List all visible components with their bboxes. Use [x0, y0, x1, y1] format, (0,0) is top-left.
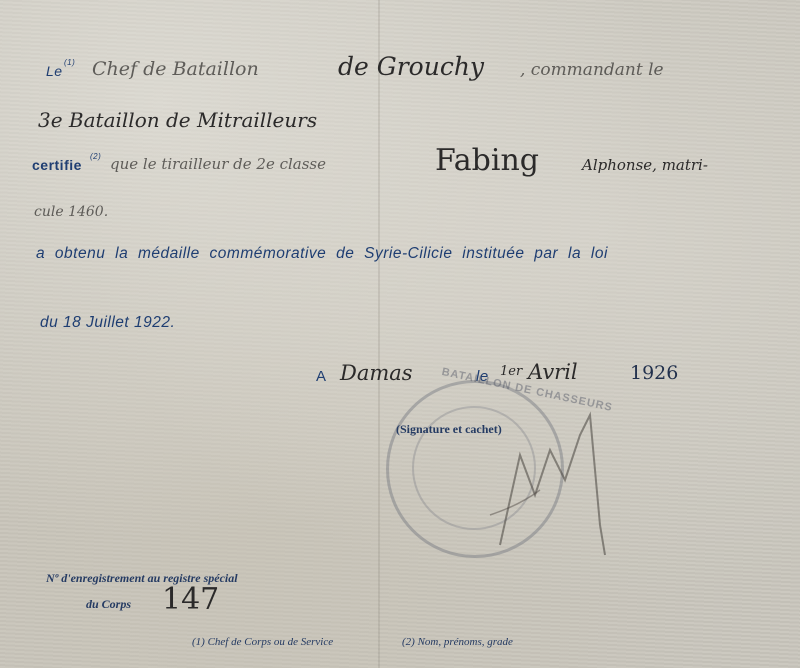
handwritten-registration-number: 147 [162, 582, 219, 617]
paper-fold [378, 0, 380, 668]
printed-le: Le [46, 63, 63, 79]
handwritten-rank: Chef de Bataillon [92, 58, 259, 80]
footnote-marker-2: (2) [90, 152, 101, 161]
footnote-marker-1: (1) [64, 58, 75, 67]
printed-certifie: certifie [32, 157, 82, 173]
handwritten-commandant: , commandant le [520, 60, 664, 80]
signature-scribble [480, 395, 630, 565]
handwritten-surname: Fabing [435, 143, 539, 178]
printed-medal-text: a obtenu la médaille commémorative de Sy… [36, 245, 608, 263]
printed-law-date: du 18 Juillet 1922. [40, 314, 175, 332]
handwritten-day: 1er [500, 364, 522, 379]
footnote-1: (1) Chef de Corps ou de Service [192, 636, 333, 648]
registration-corps-label: du Corps [86, 597, 131, 612]
printed-a: A [316, 368, 327, 385]
handwritten-firstname: Alphonse, matri- [582, 156, 708, 174]
footnote-2: (2) Nom, prénoms, grade [402, 636, 513, 648]
handwritten-place: Damas [340, 361, 413, 385]
handwritten-commander-name: de Grouchy [338, 52, 484, 81]
handwritten-matricule: cule 1460. [34, 204, 108, 220]
handwritten-battalion: 3e Bataillon de Mitrailleurs [38, 108, 317, 132]
handwritten-year: 1926 [630, 362, 678, 384]
handwritten-month: Avril [528, 360, 578, 384]
handwritten-rank-class: que le tirailleur de 2e classe [110, 155, 326, 173]
